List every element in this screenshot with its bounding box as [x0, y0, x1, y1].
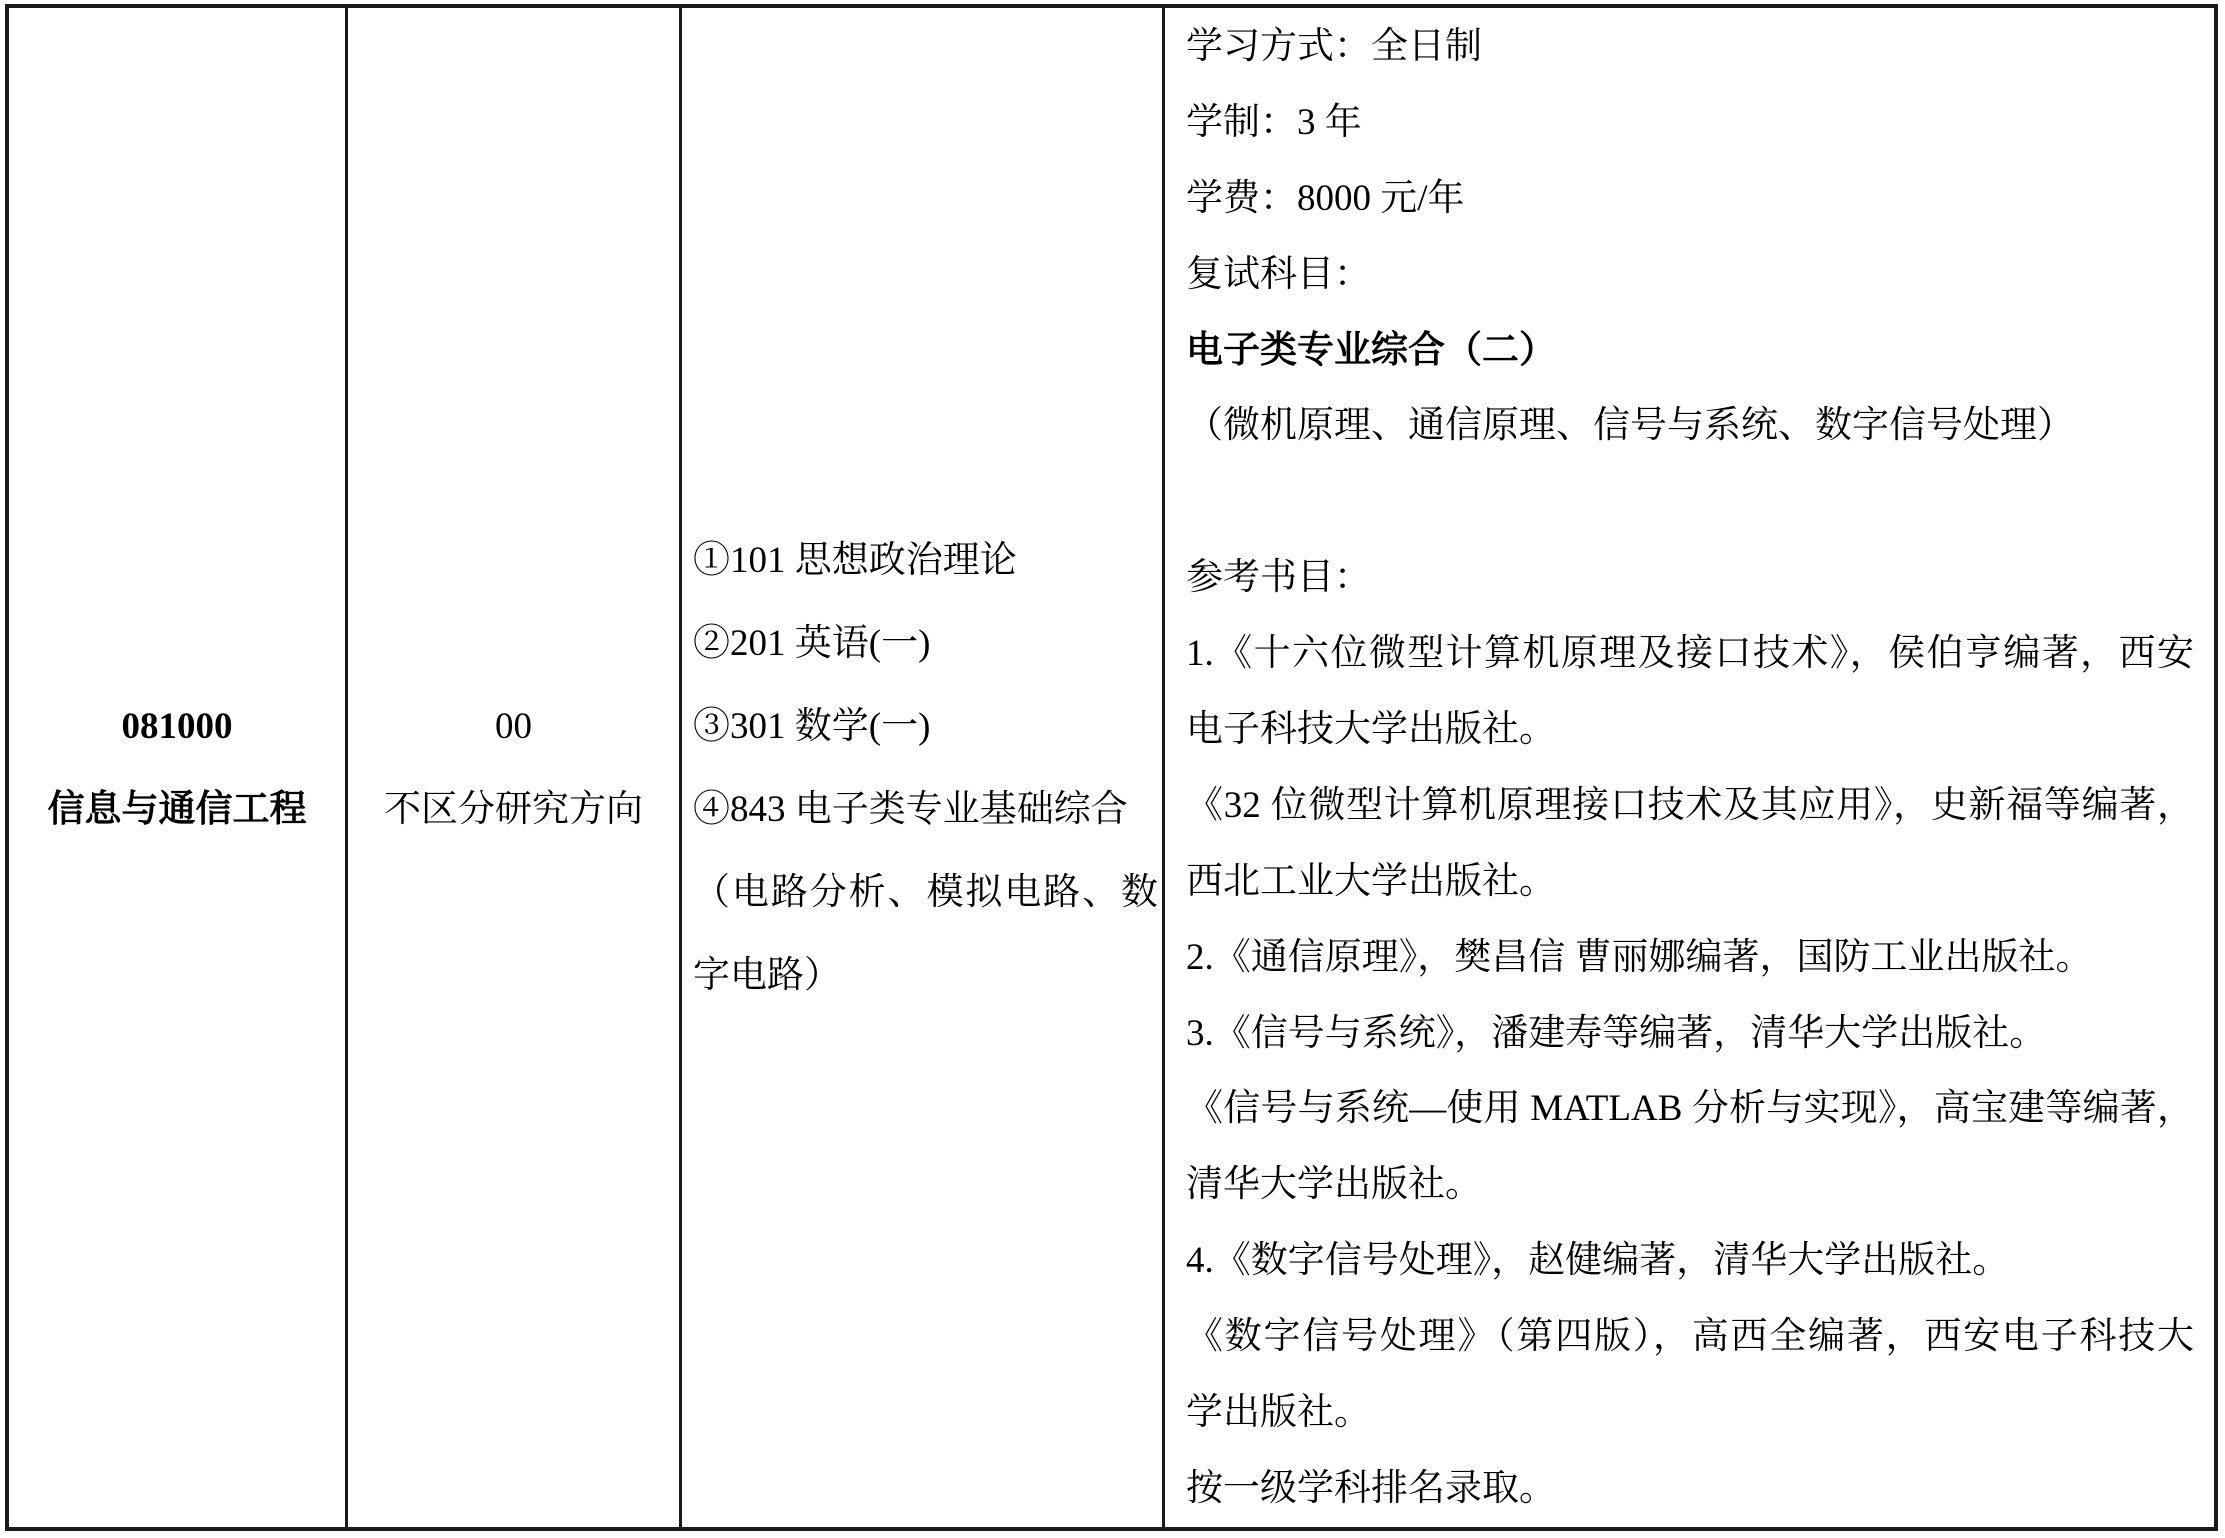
exam-subject-4: ④843 电子类专业基础综合: [693, 768, 1158, 851]
direction-code: 00: [348, 685, 679, 768]
study-duration: 学制：3 年: [1186, 85, 2194, 161]
cell-major: 081000 信息与通信工程: [9, 8, 345, 1527]
major-code: 081000: [9, 685, 345, 768]
admissions-table-row: 081000 信息与通信工程 00 不区分研究方向 ①101 思想政治理论 ②2…: [5, 4, 2218, 1531]
exam-subject-1: ①101 思想政治理论: [693, 519, 1158, 602]
tuition: 学费：8000 元/年: [1186, 161, 2194, 237]
reference-book-1-line-2: 电子科技大学出版社。: [1186, 692, 2194, 768]
blank-line: [1186, 464, 2194, 540]
reference-book-1b-line-2: 西北工业大学出版社。: [1186, 844, 2194, 920]
reexam-subject-title: 电子类专业综合（二）: [1186, 313, 2194, 389]
reference-book-4: 4.《数字信号处理》，赵健编著，清华大学出版社。: [1186, 1223, 2194, 1299]
reference-book-1b-line-1: 《32 位微型计算机原理接口技术及其应用》，史新福等编著，: [1186, 768, 2194, 844]
study-mode: 学习方式：全日制: [1186, 9, 2194, 85]
reexam-subject-scope: （微机原理、通信原理、信号与系统、数字信号处理）: [1186, 388, 2194, 464]
exam-subject-2: ②201 英语(一): [693, 602, 1158, 685]
reference-book-4b-line-1: 《数字信号处理》（第四版），高西全编著，西安电子科技大: [1186, 1299, 2194, 1375]
reference-books-label: 参考书目：: [1186, 540, 2194, 616]
admission-rule: 按一级学科排名录取。: [1186, 1451, 2194, 1527]
reference-book-3b-line-2: 清华大学出版社。: [1186, 1147, 2194, 1223]
reference-book-4b-line-2: 学出版社。: [1186, 1375, 2194, 1451]
reexam-subject-label: 复试科目：: [1186, 237, 2194, 313]
cell-program-details: 学习方式：全日制 学制：3 年 学费：8000 元/年 复试科目： 电子类专业综…: [1162, 8, 2214, 1527]
reference-book-3: 3.《信号与系统》，潘建寿等编著，清华大学出版社。: [1186, 996, 2194, 1072]
cell-research-direction: 00 不区分研究方向: [345, 8, 679, 1527]
major-name: 信息与通信工程: [9, 768, 345, 851]
reference-book-2: 2.《通信原理》，樊昌信 曹丽娜编著，国防工业出版社。: [1186, 920, 2194, 996]
exam-subject-3: ③301 数学(一): [693, 685, 1158, 768]
reference-book-3b-line-1: 《信号与系统—使用 MATLAB 分析与实现》，高宝建等编著，: [1186, 1071, 2194, 1147]
cell-exam-subjects: ①101 思想政治理论 ②201 英语(一) ③301 数学(一) ④843 电…: [679, 8, 1162, 1527]
exam-subject-4-note-line-2: 字电路）: [693, 934, 1158, 1017]
direction-name: 不区分研究方向: [348, 768, 679, 851]
reference-book-1-line-1: 1.《十六位微型计算机原理及接口技术》，侯伯亨编著，西安: [1186, 616, 2194, 692]
exam-subject-4-note-line-1: （电路分析、模拟电路、数: [693, 851, 1158, 934]
